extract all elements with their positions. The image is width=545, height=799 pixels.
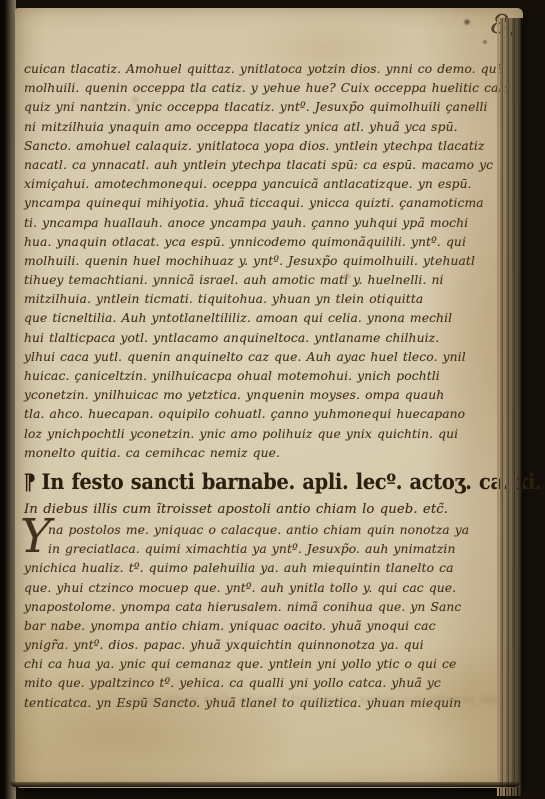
manuscript-line: ni mitzilhuia ynaquin amo occeppa tlacat… [24, 118, 468, 137]
page-bottom-shadow [10, 782, 520, 787]
manuscript-line: molhuili. quenin huel mochihuaz y. yntº.… [24, 252, 468, 271]
manuscript-line: ynichica hualiz. tº. quimo palehuilia ya… [24, 559, 468, 578]
manuscript-line: molhuili. quenin occeppa tla catiz. y ye… [24, 79, 468, 98]
manuscript-line: na postolos me. yniquac o calacque. anti… [24, 521, 468, 540]
manuscript-line: hua. ynaquin otlacat. yca espū. ynnicode… [24, 233, 468, 252]
manuscript-line: chi ca hua ya. ynic qui cemanaz que. ynt… [24, 655, 468, 674]
manuscript-line: ynigr̃a. yntº. dios. papac. yhuã yxquich… [24, 636, 468, 655]
latin-incipit: In diebus illis cum ĩtroisset apostoli a… [24, 499, 468, 520]
manuscript-line: nacatl. ca ynnacatl. auh yntlein ytechpa… [24, 156, 468, 175]
manuscript-line: mito que. ypaltzinco tº. yehica. ca qual… [24, 674, 468, 693]
bleedthrough-text: yac yemeilicatca. yehua. oatepacatl catc… [29, 692, 499, 706]
manuscript-line: bar nabe. ynompa antio chiam. yniquac oa… [24, 617, 468, 636]
drop-cap-initial: Y [20, 519, 44, 557]
capitulum-icon: ¶ [24, 466, 36, 497]
manuscript-line: yncampa quinequi mihiyotia. yhuã ticcaqu… [24, 194, 468, 213]
manuscript-photo: 8. cuican tlacatiz. Amohuel quittaz. yni… [0, 0, 545, 799]
manuscript-line: tla. ahco. huecapan. oquipilo cohuatl. ç… [24, 405, 468, 424]
manuscript-line: que ticneltilia. Auh yntotlaneltililiz. … [24, 309, 468, 328]
second-paragraph: Y na postolos me. yniquac o calacque. an… [24, 521, 468, 713]
manuscript-line: huicac. çaniceltzin. ynilhuicacpa ohual … [24, 367, 468, 386]
manuscript-line: cuican tlacatiz. Amohuel quittaz. ynitla… [24, 60, 468, 79]
manuscript-line: hui tlalticpaca yotl. yntlacamo anquinel… [24, 329, 468, 348]
manuscript-line: monelto quitia. ca cemihcac nemiz que. [24, 444, 468, 463]
fore-edge [497, 18, 523, 796]
manuscript-line: ximiçahui. amotechmonequi. oceppa yancui… [24, 175, 468, 194]
manuscript-line: ynapostolome. ynompa cata hierusalem. ni… [24, 598, 468, 617]
text-column: cuican tlacatiz. Amohuel quittaz. ynitla… [24, 60, 468, 713]
manuscript-line: Sancto. amohuel calaquiz. ynitlatoca yop… [24, 137, 468, 156]
rubric-heading: ¶In festo sancti barnabe. apli. lecº. ac… [24, 466, 468, 499]
binding-gutter [0, 0, 16, 799]
manuscript-line: loz ynichpochtli yconetzin. ynic amo pol… [24, 425, 468, 444]
manuscript-line: tihuey temachtiani. ynnicã israel. auh a… [24, 271, 468, 290]
manuscript-line: yconetzin. ynilhuicac mo yetztica. ynque… [24, 386, 468, 405]
rubric-heading-text: In festo sancti barnabe. apli. lecº. act… [42, 469, 542, 494]
manuscript-line: quiz yni nantzin. ynic occeppa tlacatiz.… [24, 98, 468, 117]
manuscript-line: in greciatlaca. quimi ximachtia ya yntº.… [24, 540, 468, 559]
parchment-page: 8. cuican tlacatiz. Amohuel quittaz. yni… [15, 8, 523, 788]
manuscript-line: mitzilhuia. yntlein ticmati. tiquitohua.… [24, 290, 468, 309]
manuscript-line: ti. yncampa huallauh. anoce yncampa yauh… [24, 214, 468, 233]
manuscript-line: ylhui caca yutl. quenin anquinelto caz q… [24, 348, 468, 367]
manuscript-line: que. yhui ctzinco mocuep que. yntº. auh … [24, 579, 468, 598]
